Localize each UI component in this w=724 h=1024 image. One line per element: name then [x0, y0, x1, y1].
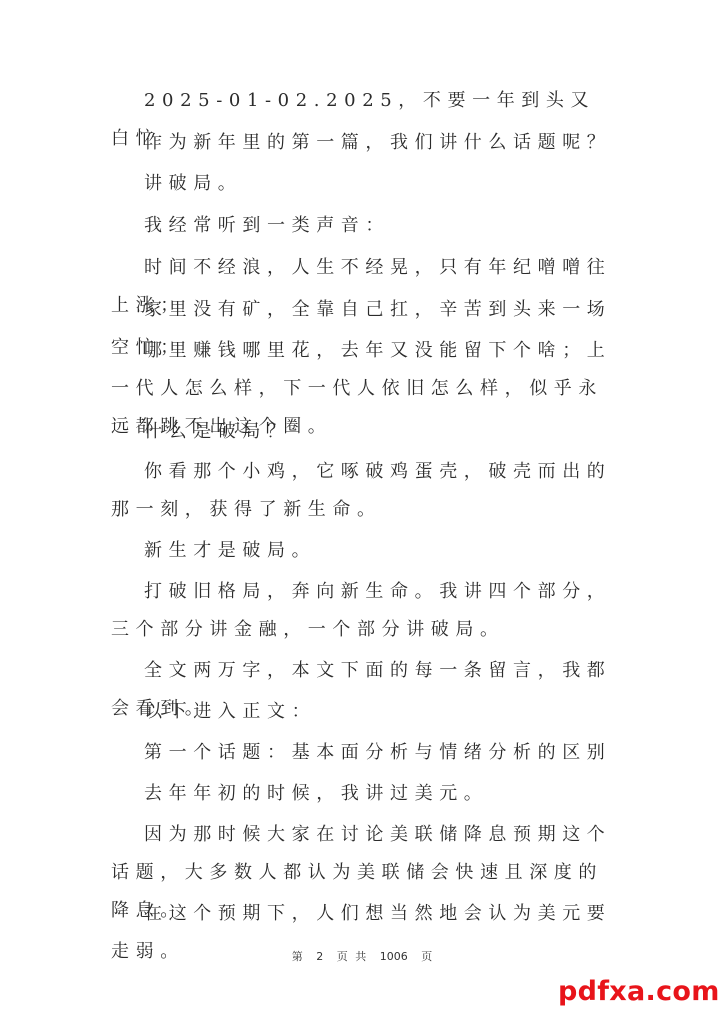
document-page: 2025-01-02.2025，不要一年到头又白忙 作为新年里的第一篇，我们讲什… — [0, 0, 724, 1024]
paragraph: 以下进入正文： — [111, 693, 616, 731]
paragraph: 讲破局。 — [111, 165, 616, 203]
paragraph: 新生才是破局。 — [111, 532, 616, 570]
page-footer: 第 2 页 共 1006 页 — [0, 948, 724, 964]
footer-prefix: 第 — [292, 950, 303, 963]
paragraph: 作为新年里的第一篇，我们讲什么话题呢？ — [111, 124, 616, 162]
paragraph: 什么是破局？ — [111, 413, 616, 451]
current-page-number: 2 — [316, 950, 323, 963]
footer-mid: 页 共 — [337, 950, 367, 963]
total-pages: 1006 — [380, 950, 408, 963]
watermark-logo: pdfxa.com — [558, 976, 720, 1007]
paragraph: 你看那个小鸡，它啄破鸡蛋壳，破壳而出的那一刻，获得了新生命。 — [111, 453, 616, 529]
section-heading: 第一个话题：基本面分析与情绪分析的区别 — [111, 734, 616, 772]
paragraph: 我经常听到一类声音： — [111, 207, 616, 245]
paragraph: 打破旧格局，奔向新生命。我讲四个部分，三个部分讲金融，一个部分讲破局。 — [111, 573, 616, 649]
paragraph: 去年年初的时候，我讲过美元。 — [111, 775, 616, 813]
footer-suffix: 页 — [421, 950, 432, 963]
